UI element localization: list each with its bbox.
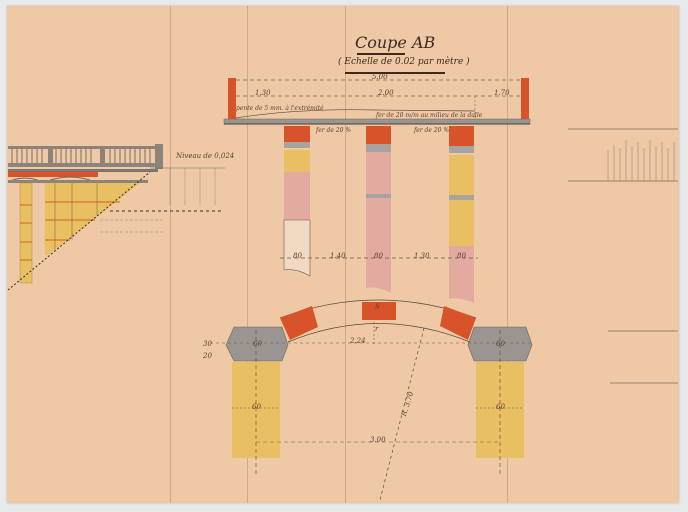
iron-note-right: fer de 20 % [414,127,449,134]
drawing-subtitle: ( Echelle de 0.02 par mètre ) [338,57,470,67]
slope-note: pente de 5 mm. à l'extrémité [236,105,324,112]
pier-gap-dim-2: 1.30 [414,252,430,260]
drawing-title: Coupe AB [355,33,435,52]
arch-rise-label: r [375,325,378,333]
subtitle-underline [345,72,445,74]
side-dim-2: 20 [203,352,212,360]
pier-dim-1: 80 [293,252,302,260]
right-deck-dim: 1.70 [494,89,510,97]
impost-right-dim: 60 [496,340,505,348]
arch-section [210,300,532,500]
side-dim-1: 30 [203,340,212,348]
center-iron-note: fer de 20 m/m au milieu de la dalle [376,112,482,119]
piers-section [280,126,478,303]
abutment-left-dim: 60 [252,403,261,411]
arch-span-dim: 2.24 [350,337,366,345]
abutment-right-dim: 60 [496,403,505,411]
left-deck-dim: 1.30 [255,89,271,97]
side-elevation [8,144,225,290]
title-underline [357,53,405,55]
pier-dim-3: 80 [457,252,466,260]
iron-note-left: fer de 20 % [316,127,351,134]
impost-left-dim: 60 [253,340,262,348]
pier-gap-dim-1: 1.40 [330,252,346,260]
keystone-label: S [375,303,380,311]
side-elevation-label: Niveau de 0,024 [176,152,234,160]
center-deck-dim: 2.00 [378,89,394,97]
pier-dim-2: 80 [374,252,383,260]
clear-span-dim: 3.00 [370,436,386,444]
right-margin-marks [568,129,678,383]
overall-span-dim: 5.00 [372,73,388,81]
